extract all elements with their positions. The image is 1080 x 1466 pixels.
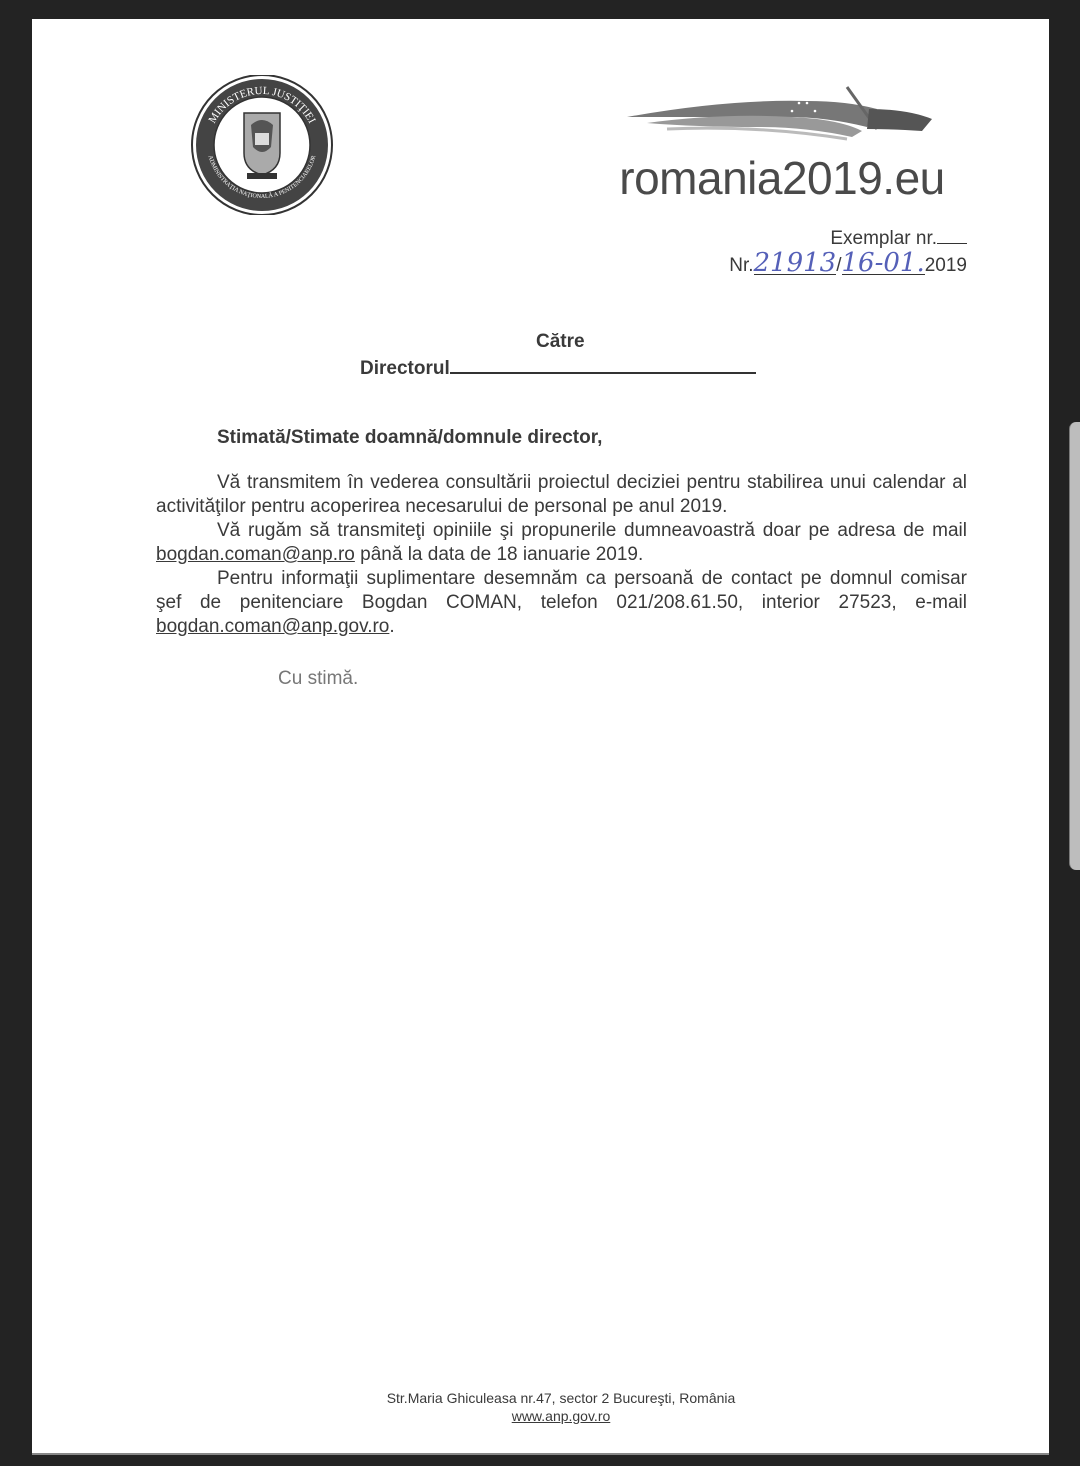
addressee-line: Directorul bbox=[360, 356, 756, 380]
ministry-seal: MINISTERUL JUSTIŢIEI ADMINISTRAŢIA NAŢIO… bbox=[187, 75, 337, 215]
paragraph-3-text: Pentru informaţii suplimentare desemnăm … bbox=[156, 568, 967, 613]
paragraph-1: Vă transmitem în vederea consultării pro… bbox=[156, 471, 967, 519]
reference-block: Exemplar nr. Nr.21913/16-01.2019 bbox=[729, 226, 967, 279]
closing: Cu stimă. bbox=[278, 668, 358, 690]
footer-website-link[interactable]: www.anp.gov.ro bbox=[0, 1407, 1080, 1425]
coat-of-arms-icon: MINISTERUL JUSTIŢIEI ADMINISTRAŢIA NAŢIO… bbox=[187, 75, 337, 215]
exemplar-blank bbox=[937, 227, 967, 244]
salutation: Stimată/Stimate doamnă/domnule director, bbox=[217, 427, 602, 449]
footer-address: Str.Maria Ghiculeasa nr.47, sector 2 Buc… bbox=[0, 1389, 1080, 1407]
paragraph-2: Vă rugăm să transmiteţi opiniile şi prop… bbox=[156, 519, 967, 567]
eu-presidency-swoosh-icon bbox=[607, 79, 947, 149]
romania2019-logo: romania2019.eu bbox=[607, 79, 967, 209]
registration-line: Nr.21913/16-01.2019 bbox=[729, 252, 967, 279]
addressee-blank bbox=[450, 356, 756, 374]
paragraph-3: Pentru informaţii suplimentare desemnăm … bbox=[156, 567, 967, 639]
footer: Str.Maria Ghiculeasa nr.47, sector 2 Buc… bbox=[0, 1389, 1080, 1425]
registration-number: 21913 bbox=[754, 252, 837, 275]
directorul-label: Directorul bbox=[360, 358, 450, 379]
paragraph-3-end: . bbox=[389, 616, 394, 637]
email-link-2[interactable]: bogdan.coman@anp.gov.ro bbox=[156, 616, 389, 637]
paragraph-2-end: până la data de 18 ianuarie 2019. bbox=[355, 544, 643, 565]
email-link-1[interactable]: bogdan.coman@anp.ro bbox=[156, 544, 355, 565]
scrollbar-thumb[interactable] bbox=[1069, 422, 1080, 870]
exemplar-label: Exemplar nr. bbox=[830, 228, 937, 249]
letter-body: Vă transmitem în vederea consultării pro… bbox=[156, 471, 967, 639]
catre-heading: Către bbox=[536, 331, 585, 353]
logo-text: romania2019.eu bbox=[607, 151, 957, 205]
document-page: MINISTERUL JUSTIŢIEI ADMINISTRAŢIA NAŢIO… bbox=[32, 19, 1049, 1455]
nr-label: Nr. bbox=[729, 255, 753, 276]
registration-year: 2019 bbox=[925, 255, 967, 276]
page-edge bbox=[32, 1453, 1049, 1455]
paragraph-2-text: Vă rugăm să transmiteţi opiniile şi prop… bbox=[217, 520, 967, 541]
registration-date: 16-01. bbox=[842, 252, 925, 275]
